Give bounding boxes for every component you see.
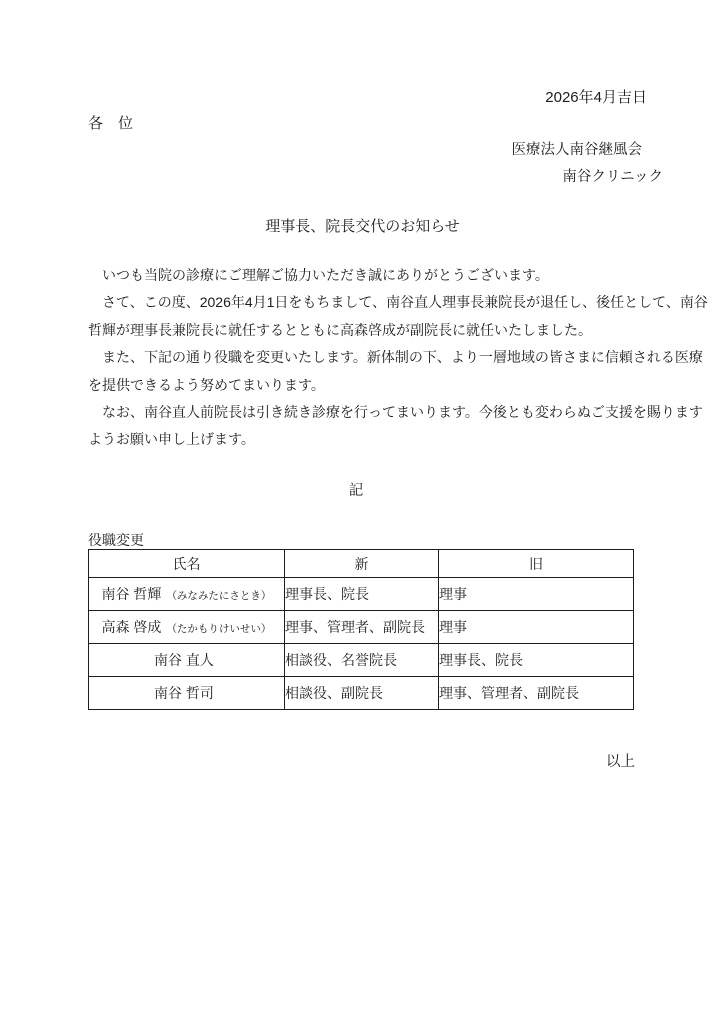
cell-old-role: 理事 [439,578,634,611]
sender-organization: 医療法人南谷継風会 [512,138,643,159]
table-row: 南谷 哲司 相談役、副院長 理事、管理者、副院長 [89,677,634,710]
body-line: さて、この度、2026年4月1日をもちまして、南谷直人理事長兼院長が退任し、後任… [88,289,648,316]
body-line: また、下記の通り役職を変更いたします。新体制の下、より一層地域の皆さまに信頼され… [88,344,648,371]
body-line: ようお願い申し上げます。 [88,426,648,453]
cell-old-role: 理事長、院長 [439,644,634,677]
role-change-table: 氏名 新 旧 南谷 哲輝（みなみたにさとき） 理事長、院長 理事 高森 啓成（た… [88,549,634,710]
person-name: 南谷 直人 [154,652,214,668]
body-line: なお、南谷直人前院長は引き続き診療を行ってまいります。今後とも変わらぬご支援を賜… [88,399,648,426]
table-row: 南谷 哲輝（みなみたにさとき） 理事長、院長 理事 [89,578,634,611]
cell-name: 南谷 哲輝（みなみたにさとき） [89,578,285,611]
cell-old-role: 理事、管理者、副院長 [439,677,634,710]
document-title: 理事長、院長交代のお知らせ [0,215,725,236]
column-header-old: 旧 [439,550,634,578]
person-name: 高森 啓成 [102,619,162,635]
cell-new-role: 理事長、院長 [285,578,439,611]
cell-name: 南谷 直人 [89,644,285,677]
cell-new-role: 理事、管理者、副院長 [285,611,439,644]
person-furigana: （みなみたにさとき） [166,590,271,602]
table-row: 高森 啓成（たかもりけいせい） 理事、管理者、副院長 理事 [89,611,634,644]
closing-marker: 以上 [606,750,635,771]
person-furigana: （たかもりけいせい） [166,623,271,635]
person-name: 南谷 哲輝 [102,586,162,602]
cell-old-role: 理事 [439,611,634,644]
column-header-name: 氏名 [89,550,285,578]
column-header-new: 新 [285,550,439,578]
body-line: を提供できるよう努めてまいります。 [88,372,648,399]
table-header-row: 氏名 新 旧 [89,550,634,578]
record-marker: 記 [0,479,712,500]
person-name: 南谷 哲司 [154,685,214,701]
document-page: 2026年4月吉日 各 位 医療法人南谷継風会 南谷クリニック 理事長、院長交代… [0,0,725,1024]
table-row: 南谷 直人 相談役、名誉院長 理事長、院長 [89,644,634,677]
cell-name: 高森 啓成（たかもりけいせい） [89,611,285,644]
recipient-line: 各 位 [88,112,133,133]
cell-new-role: 相談役、副院長 [285,677,439,710]
body-line: 哲輝が理事長兼院長に就任するとともに高森啓成が副院長に就任いたしました。 [88,317,648,344]
body-text: いつも当院の診療にご理解ご協力いただき誠にありがとうございます。 さて、この度、… [88,262,648,454]
table-caption: 役職変更 [88,530,144,550]
cell-new-role: 相談役、名誉院長 [285,644,439,677]
document-date: 2026年4月吉日 [545,86,647,107]
body-line: いつも当院の診療にご理解ご協力いただき誠にありがとうございます。 [88,262,648,289]
cell-name: 南谷 哲司 [89,677,285,710]
sender-clinic: 南谷クリニック [562,165,663,186]
